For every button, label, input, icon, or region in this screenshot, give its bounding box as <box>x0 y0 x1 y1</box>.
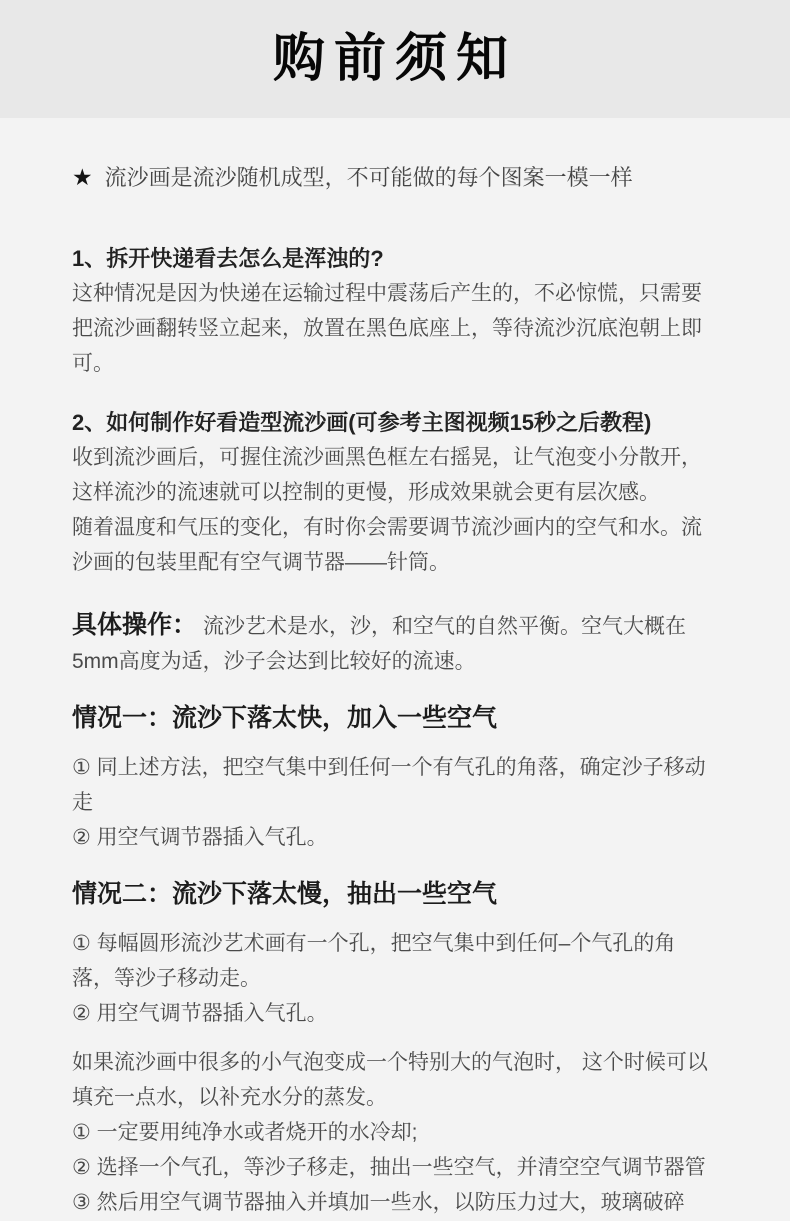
operation-note: 具体操作：流沙艺术是水，沙，和空气的自然平衡。空气大概在5mm高度为适，沙子会达… <box>72 608 712 679</box>
key-notice: ★ 流沙画是流沙随机成型，不可能做的每个图案一模一样 <box>72 160 712 195</box>
case-step: ② 用空气调节器插入气孔。 <box>72 820 712 855</box>
content-area: ★ 流沙画是流沙随机成型，不可能做的每个图案一模一样 1、拆开快递看去怎么是浑浊… <box>0 160 790 1220</box>
case-step: ① 同上述方法，把空气集中到任何一个有气孔的角落，确定沙子移动走 <box>72 750 712 820</box>
water-note-step: ③ 然后用空气调节器抽入并填加一些水，以防压力过大，玻璃破碎 <box>72 1185 712 1220</box>
water-note-step: ② 选择一个气孔，等沙子移走，抽出一些空气，并清空空气调节器管 <box>72 1150 712 1185</box>
case-two-sand-too-slow: 情况二：流沙下落太慢，抽出一些空气 ① 每幅圆形流沙艺术画有一个孔，把空气集中到… <box>72 875 712 1031</box>
star-icon: ★ <box>72 160 93 195</box>
page-title: 购前须知 <box>273 33 517 85</box>
section-cloudy-on-arrival: 1、拆开快递看去怎么是浑浊的? 这种情况是因为快递在运输过程中震荡后产生的，不必… <box>72 241 712 381</box>
key-notice-text: 流沙画是流沙随机成型，不可能做的每个图案一模一样 <box>105 160 633 195</box>
section-paragraph: 这种情况是因为快递在运输过程中震荡后产生的，不必惊慌，只需要把流沙画翻转竖立起来… <box>72 276 712 381</box>
case-heading: 情况一：流沙下落太快，加入一些空气 <box>72 699 712 737</box>
water-note-intro: 如果流沙画中很多的小气泡变成一个特别大的气泡时， 这个时候可以填充一点水，以补充… <box>72 1045 712 1115</box>
section-make-good-shapes: 2、如何制作好看造型流沙画(可参考主图视频15秒之后教程) 收到流沙画后，可握住… <box>72 405 712 580</box>
case-step: ② 用空气调节器插入气孔。 <box>72 996 712 1031</box>
operation-label: 具体操作： <box>72 611 197 639</box>
section-heading: 2、如何制作好看造型流沙画(可参考主图视频15秒之后教程) <box>72 405 712 440</box>
water-refill-note: 如果流沙画中很多的小气泡变成一个特别大的气泡时， 这个时候可以填充一点水，以补充… <box>72 1045 712 1220</box>
case-heading: 情况二：流沙下落太慢，抽出一些空气 <box>72 875 712 913</box>
section-paragraph: 收到流沙画后，可握住流沙画黑色框左右摇晃，让气泡变小分散开，这样流沙的流速就可以… <box>72 440 712 510</box>
purchase-notice-page: 购前须知 ★ 流沙画是流沙随机成型，不可能做的每个图案一模一样 1、拆开快递看去… <box>0 0 790 1221</box>
water-note-step: ① 一定要用纯净水或者烧开的水冷却; <box>72 1115 712 1150</box>
page-header: 购前须知 <box>0 0 790 118</box>
case-one-sand-too-fast: 情况一：流沙下落太快，加入一些空气 ① 同上述方法，把空气集中到任何一个有气孔的… <box>72 699 712 855</box>
case-step: ① 每幅圆形流沙艺术画有一个孔，把空气集中到任何–个气孔的角落，等沙子移动走。 <box>72 926 712 996</box>
section-heading: 1、拆开快递看去怎么是浑浊的? <box>72 241 712 276</box>
section-paragraph: 随着温度和气压的变化，有时你会需要调节流沙画内的空气和水。流沙画的包装里配有空气… <box>72 510 712 580</box>
